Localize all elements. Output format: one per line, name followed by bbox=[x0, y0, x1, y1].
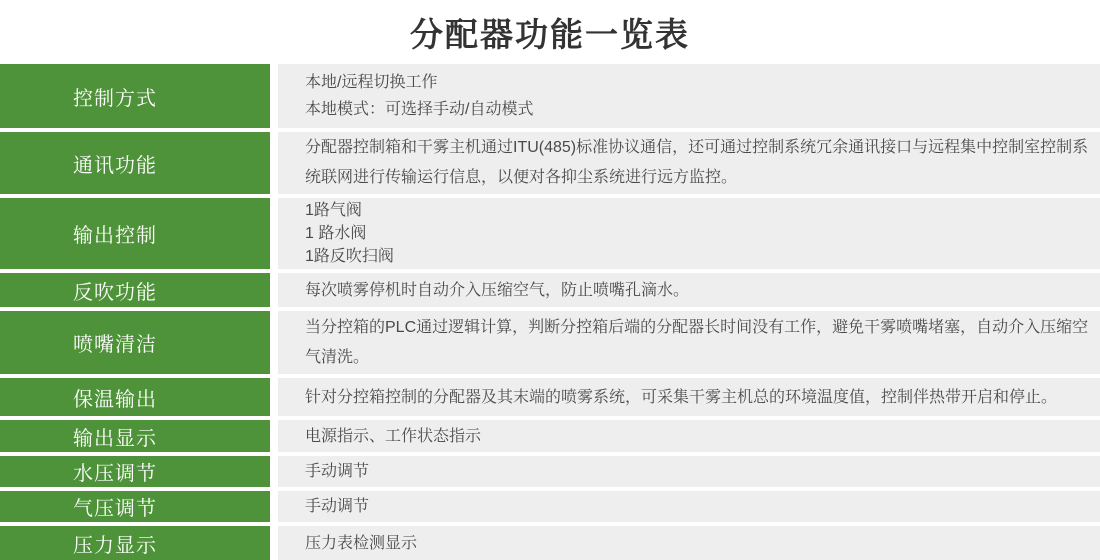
page-title: 分配器功能一览表 bbox=[410, 9, 690, 56]
row-label: 反吹功能 bbox=[0, 273, 270, 307]
row-label: 保温输出 bbox=[0, 378, 270, 416]
row-label: 通讯功能 bbox=[0, 132, 270, 194]
table-row: 反吹功能 每次喷雾停机时自动介入压缩空气，防止喷嘴孔滴水。 bbox=[0, 273, 1100, 307]
row-label: 控制方式 bbox=[0, 64, 270, 128]
description-line: 本地模式：可选择手动/自动模式 bbox=[305, 96, 1090, 123]
description-line: 压力表检测显示 bbox=[305, 530, 1090, 557]
table-row: 水压调节 手动调节 bbox=[0, 456, 1100, 487]
page: 分配器功能一览表 控制方式 本地/远程切换工作 本地模式：可选择手动/自动模式 … bbox=[0, 0, 1100, 560]
row-description: 1路气阀 1 路水阀 1路反吹扫阀 bbox=[278, 198, 1100, 269]
description-line: 针对分控箱控制的分配器及其末端的喷雾系统，可采集干雾主机总的环境温度值，控制伴热… bbox=[305, 384, 1090, 411]
row-description: 分配器控制箱和干雾主机通过ITU(485)标准协议通信，还可通过控制系统冗余通讯… bbox=[278, 132, 1100, 194]
description-line: 1 路水阀 bbox=[305, 222, 1090, 245]
table-row: 输出控制 1路气阀 1 路水阀 1路反吹扫阀 bbox=[0, 198, 1100, 269]
row-label: 输出显示 bbox=[0, 420, 270, 452]
row-description: 手动调节 bbox=[278, 456, 1100, 487]
function-table: 控制方式 本地/远程切换工作 本地模式：可选择手动/自动模式 通讯功能 分配器控… bbox=[0, 64, 1100, 560]
description-line: 手动调节 bbox=[305, 493, 1090, 520]
row-description: 当分控箱的PLC通过逻辑计算，判断分控箱后端的分配器长时间没有工作，避免干雾喷嘴… bbox=[278, 311, 1100, 374]
row-description: 每次喷雾停机时自动介入压缩空气，防止喷嘴孔滴水。 bbox=[278, 273, 1100, 307]
table-row: 喷嘴清洁 当分控箱的PLC通过逻辑计算，判断分控箱后端的分配器长时间没有工作，避… bbox=[0, 311, 1100, 374]
description-line: 分配器控制箱和干雾主机通过ITU(485)标准协议通信，还可通过控制系统冗余通讯… bbox=[305, 133, 1090, 193]
row-description: 手动调节 bbox=[278, 491, 1100, 522]
description-line: 当分控箱的PLC通过逻辑计算，判断分控箱后端的分配器长时间没有工作，避免干雾喷嘴… bbox=[305, 313, 1090, 373]
table-row: 气压调节 手动调节 bbox=[0, 491, 1100, 522]
row-description: 压力表检测显示 bbox=[278, 526, 1100, 560]
description-line: 本地/远程切换工作 bbox=[305, 69, 1090, 96]
table-row: 保温输出 针对分控箱控制的分配器及其末端的喷雾系统，可采集干雾主机总的环境温度值… bbox=[0, 378, 1100, 416]
description-line: 电源指示、工作状态指示 bbox=[305, 423, 1090, 450]
row-label: 水压调节 bbox=[0, 456, 270, 487]
table-row: 压力显示 压力表检测显示 bbox=[0, 526, 1100, 560]
title-bar: 分配器功能一览表 bbox=[0, 0, 1100, 64]
row-label: 气压调节 bbox=[0, 491, 270, 522]
row-description: 本地/远程切换工作 本地模式：可选择手动/自动模式 bbox=[278, 64, 1100, 128]
description-line: 每次喷雾停机时自动介入压缩空气，防止喷嘴孔滴水。 bbox=[305, 277, 1090, 304]
row-description: 电源指示、工作状态指示 bbox=[278, 420, 1100, 452]
table-row: 输出显示 电源指示、工作状态指示 bbox=[0, 420, 1100, 452]
description-line: 1路气阀 bbox=[305, 199, 1090, 222]
row-label: 压力显示 bbox=[0, 526, 270, 560]
row-label: 喷嘴清洁 bbox=[0, 311, 270, 374]
row-label: 输出控制 bbox=[0, 198, 270, 269]
row-description: 针对分控箱控制的分配器及其末端的喷雾系统，可采集干雾主机总的环境温度值，控制伴热… bbox=[278, 378, 1100, 416]
table-row: 控制方式 本地/远程切换工作 本地模式：可选择手动/自动模式 bbox=[0, 64, 1100, 128]
description-line: 手动调节 bbox=[305, 458, 1090, 485]
table-row: 通讯功能 分配器控制箱和干雾主机通过ITU(485)标准协议通信，还可通过控制系… bbox=[0, 132, 1100, 194]
description-line: 1路反吹扫阀 bbox=[305, 245, 1090, 268]
